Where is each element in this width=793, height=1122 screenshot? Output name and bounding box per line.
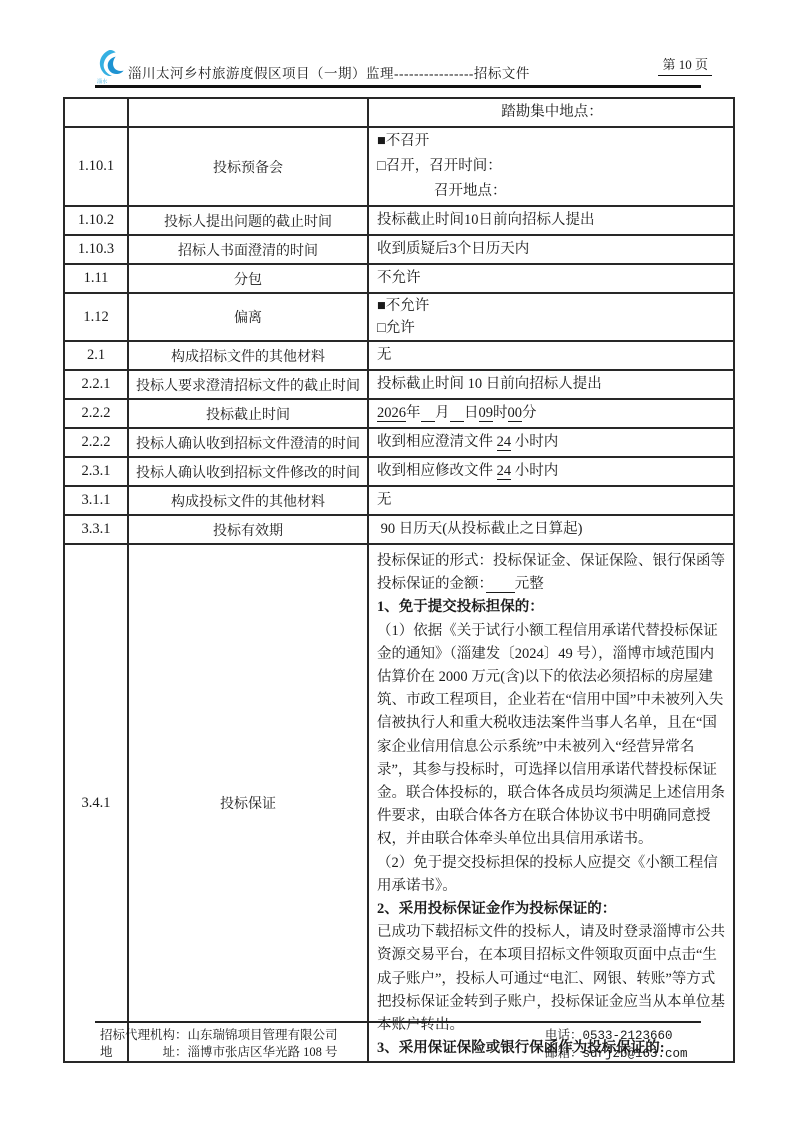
clause-number-cell: 1.10.1: [64, 127, 128, 206]
clause-label-cell: 投标预备会: [128, 127, 368, 206]
clause-label-cell: 招标人书面澄清的时间: [128, 235, 368, 264]
fill-in-blank: [421, 405, 436, 422]
text-segment: 日: [464, 405, 479, 421]
cell-line: ■不召开: [377, 129, 727, 154]
clause-number-cell: [64, 98, 128, 127]
table-row: 2.1构成招标文件的其他材料无: [64, 341, 734, 370]
clause-label-cell: 投标人要求澄清招标文件的截止时间: [128, 370, 368, 399]
clause-content-cell: 无: [368, 486, 734, 515]
text-segment: （2）免于提交投标担保的投标人应提交《小额工程信用承诺书》。: [377, 855, 718, 894]
clause-label-cell: 投标保证: [128, 544, 368, 1062]
cell-line: （2）免于提交投标担保的投标人应提交《小额工程信用承诺书》。: [377, 852, 727, 898]
email-value: sdrjzb@163.com: [583, 1047, 688, 1061]
cell-line: 召开地点：: [377, 179, 727, 204]
clause-content-cell: 投标截止时间10日前向招标人提出: [368, 206, 734, 235]
text-segment: ■不召开: [377, 133, 429, 149]
fill-in-blank: 09: [479, 405, 494, 422]
text-segment: 时: [493, 405, 508, 421]
table-row: 1.12偏离■不允许□允许: [64, 293, 734, 341]
clause-number-cell: 2.2.2: [64, 399, 128, 428]
cell-line: □允许: [377, 317, 727, 339]
table-row: 1.10.3招标人书面澄清的时间收到质疑后3个日历天内: [64, 235, 734, 264]
clause-label-cell: [128, 98, 368, 127]
table-row: 2.2.2投标人确认收到招标文件澄清的时间收到相应澄清文件 24 小时内: [64, 428, 734, 457]
clause-content-cell: 收到相应澄清文件 24 小时内: [368, 428, 734, 457]
fill-in-blank: 24: [497, 434, 512, 451]
fill-in-blank: 24: [497, 463, 512, 480]
text-segment: 90 日历天(从投标截止之日算起): [377, 521, 582, 537]
cell-line: 无: [377, 488, 727, 513]
clause-content-cell: 投标截止时间 10 日前向招标人提出: [368, 370, 734, 399]
cell-line: 踏勘集中地点：: [377, 100, 727, 125]
text-segment: 投标保证的金额：: [377, 576, 486, 592]
cell-line: 投标保证的金额： 元整: [377, 573, 727, 596]
text-segment: 2、采用投标保证金作为投标保证的：: [377, 901, 616, 917]
clause-label-cell: 构成投标文件的其他材料: [128, 486, 368, 515]
clause-label-cell: 投标截止时间: [128, 399, 368, 428]
footer-contact-block: 电话：0533-2123660 邮箱：sdrjzb@163.com: [545, 1027, 688, 1063]
text-segment: □允许: [377, 320, 415, 336]
clause-content-cell: 收到质疑后3个日历天内: [368, 235, 734, 264]
cell-line: 不允许: [377, 266, 727, 291]
text-segment: 元整: [515, 576, 544, 592]
clause-number-cell: 2.2.1: [64, 370, 128, 399]
cell-line: 投标保证的形式：投标保证金、保证保险、银行保函等: [377, 550, 727, 573]
footer-rule: [95, 1021, 701, 1023]
document-title: 淄川太河乡村旅游度假区项目（一期）监理----------------招标文件: [128, 62, 530, 84]
cell-line: 投标截止时间10日前向招标人提出: [377, 208, 727, 233]
text-segment: 踏勘集中地点：: [501, 104, 603, 120]
footer-agency-block: 招标代理机构：山东瑞锦项目管理有限公司 地 址：淄博市张店区华光路 108 号: [100, 1027, 338, 1061]
text-segment: 小时内: [511, 434, 558, 450]
text-segment: 召开地点：: [434, 183, 507, 199]
table-row: 2.2.1投标人要求澄清招标文件的截止时间投标截止时间 10 日前向招标人提出: [64, 370, 734, 399]
fill-in-blank: [486, 576, 515, 593]
clause-number-cell: 1.11: [64, 264, 128, 293]
phone-line: 电话：0533-2123660: [545, 1027, 688, 1045]
clause-content-cell: 收到相应修改文件 24 小时内: [368, 457, 734, 486]
clause-content-cell: ■不召开□召开，召开时间：召开地点：: [368, 127, 734, 206]
clause-content-cell: 2026年 月 日09时00分: [368, 399, 734, 428]
text-segment: 已成功下载招标文件的投标人，请及时登录淄博市公共资源交易平台，在本项目招标文件领…: [377, 924, 725, 1033]
clause-number-cell: 2.2.2: [64, 428, 128, 457]
text-segment: 不允许: [377, 270, 421, 286]
text-segment: 无: [377, 492, 392, 508]
cell-line: 2026年 月 日09时00分: [377, 401, 727, 426]
cell-line: 收到相应修改文件 24 小时内: [377, 459, 727, 484]
text-segment: ■不允许: [377, 298, 429, 314]
text-segment: 收到质疑后3个日历天内: [377, 241, 529, 257]
text-segment: 投标截止时间10日前向招标人提出: [377, 212, 595, 228]
clause-content-cell: 不允许: [368, 264, 734, 293]
clause-number-cell: 3.3.1: [64, 515, 128, 544]
cell-line: ■不允许: [377, 295, 727, 317]
clause-number-cell: 2.3.1: [64, 457, 128, 486]
document-page: 淄水 淄川太河乡村旅游度假区项目（一期）监理----------------招标…: [0, 0, 793, 1122]
page-number: 第 10 页: [658, 54, 712, 76]
text-segment: 月: [435, 405, 450, 421]
table-row: 1.10.1投标预备会■不召开□召开，召开时间：召开地点：: [64, 127, 734, 206]
clause-number-cell: 1.10.3: [64, 235, 128, 264]
clause-label-cell: 投标人提出问题的截止时间: [128, 206, 368, 235]
table-body: 踏勘集中地点：1.10.1投标预备会■不召开□召开，召开时间：召开地点：1.10…: [64, 98, 734, 1062]
text-segment: （1）依据《关于试行小额工程信用承诺代替投标保证金的通知》（淄建发〔2024〕4…: [377, 623, 725, 848]
text-segment: 分: [522, 405, 537, 421]
text-segment: 无: [377, 347, 392, 363]
clause-label-cell: 投标人确认收到招标文件澄清的时间: [128, 428, 368, 457]
table-row: 3.4.1投标保证投标保证的形式：投标保证金、保证保险、银行保函等投标保证的金额…: [64, 544, 734, 1062]
clause-number-cell: 2.1: [64, 341, 128, 370]
email-label: 邮箱：: [545, 1046, 583, 1060]
clause-label-cell: 分包: [128, 264, 368, 293]
cell-line: 2、采用投标保证金作为投标保证的：: [377, 898, 727, 921]
cell-line: 投标截止时间 10 日前向招标人提出: [377, 372, 727, 397]
cell-line: 无: [377, 343, 727, 368]
cell-line: □召开，召开时间：: [377, 154, 727, 179]
cell-line: 1、免于提交投标担保的：: [377, 596, 727, 619]
clause-content-cell: 投标保证的形式：投标保证金、保证保险、银行保函等投标保证的金额： 元整1、免于提…: [368, 544, 734, 1062]
text-segment: 小时内: [511, 463, 558, 479]
fill-in-blank: [450, 405, 465, 422]
table-row: 2.3.1投标人确认收到招标文件修改的时间收到相应修改文件 24 小时内: [64, 457, 734, 486]
cell-line: 90 日历天(从投标截止之日算起): [377, 517, 727, 542]
clause-label-cell: 投标人确认收到招标文件修改的时间: [128, 457, 368, 486]
clause-content-cell: ■不允许□允许: [368, 293, 734, 341]
cell-line: 收到质疑后3个日历天内: [377, 237, 727, 262]
clause-label-cell: 偏离: [128, 293, 368, 341]
text-segment: 年: [406, 405, 421, 421]
clause-number-cell: 3.4.1: [64, 544, 128, 1062]
table-row: 3.3.1投标有效期 90 日历天(从投标截止之日算起): [64, 515, 734, 544]
clause-number-cell: 3.1.1: [64, 486, 128, 515]
cell-line: 已成功下载招标文件的投标人，请及时登录淄博市公共资源交易平台，在本项目招标文件领…: [377, 921, 727, 1037]
header-rule: [95, 85, 701, 88]
fill-in-blank: 2026: [377, 405, 406, 422]
cell-line: 收到相应澄清文件 24 小时内: [377, 430, 727, 455]
clause-content-cell: 90 日历天(从投标截止之日算起): [368, 515, 734, 544]
table-row: 踏勘集中地点：: [64, 98, 734, 127]
clause-label-cell: 投标有效期: [128, 515, 368, 544]
logo-caption: 淄水: [97, 77, 107, 84]
text-segment: 1、免于提交投标担保的：: [377, 599, 544, 615]
email-line: 邮箱：sdrjzb@163.com: [545, 1045, 688, 1063]
phone-value: 0533-2123660: [583, 1029, 673, 1043]
phone-label: 电话：: [545, 1028, 583, 1042]
clause-content-cell: 踏勘集中地点：: [368, 98, 734, 127]
table-row: 1.11分包不允许: [64, 264, 734, 293]
page-header: 淄水 淄川太河乡村旅游度假区项目（一期）监理----------------招标…: [96, 48, 530, 84]
text-segment: □召开，召开时间：: [377, 158, 502, 174]
fill-in-blank: 00: [508, 405, 523, 422]
table-row: 3.1.1构成投标文件的其他材料无: [64, 486, 734, 515]
agency-line: 招标代理机构：山东瑞锦项目管理有限公司: [100, 1027, 338, 1044]
text-segment: 收到相应修改文件: [377, 463, 497, 479]
clause-number-cell: 1.10.2: [64, 206, 128, 235]
table-row: 2.2.2投标截止时间2026年 月 日09时00分: [64, 399, 734, 428]
text-segment: 投标保证的形式：投标保证金、保证保险、银行保函等: [377, 553, 725, 569]
address-line: 地 址：淄博市张店区华光路 108 号: [100, 1044, 338, 1061]
clause-number-cell: 1.12: [64, 293, 128, 341]
text-segment: 投标截止时间 10 日前向招标人提出: [377, 376, 602, 392]
company-logo-icon: 淄水: [96, 48, 126, 84]
text-segment: 收到相应澄清文件: [377, 434, 497, 450]
table-row: 1.10.2投标人提出问题的截止时间投标截止时间10日前向招标人提出: [64, 206, 734, 235]
clause-label-cell: 构成招标文件的其他材料: [128, 341, 368, 370]
bid-conditions-table: 踏勘集中地点：1.10.1投标预备会■不召开□召开，召开时间：召开地点：1.10…: [63, 97, 735, 1063]
clause-content-cell: 无: [368, 341, 734, 370]
cell-line: （1）依据《关于试行小额工程信用承诺代替投标保证金的通知》（淄建发〔2024〕4…: [377, 620, 727, 852]
